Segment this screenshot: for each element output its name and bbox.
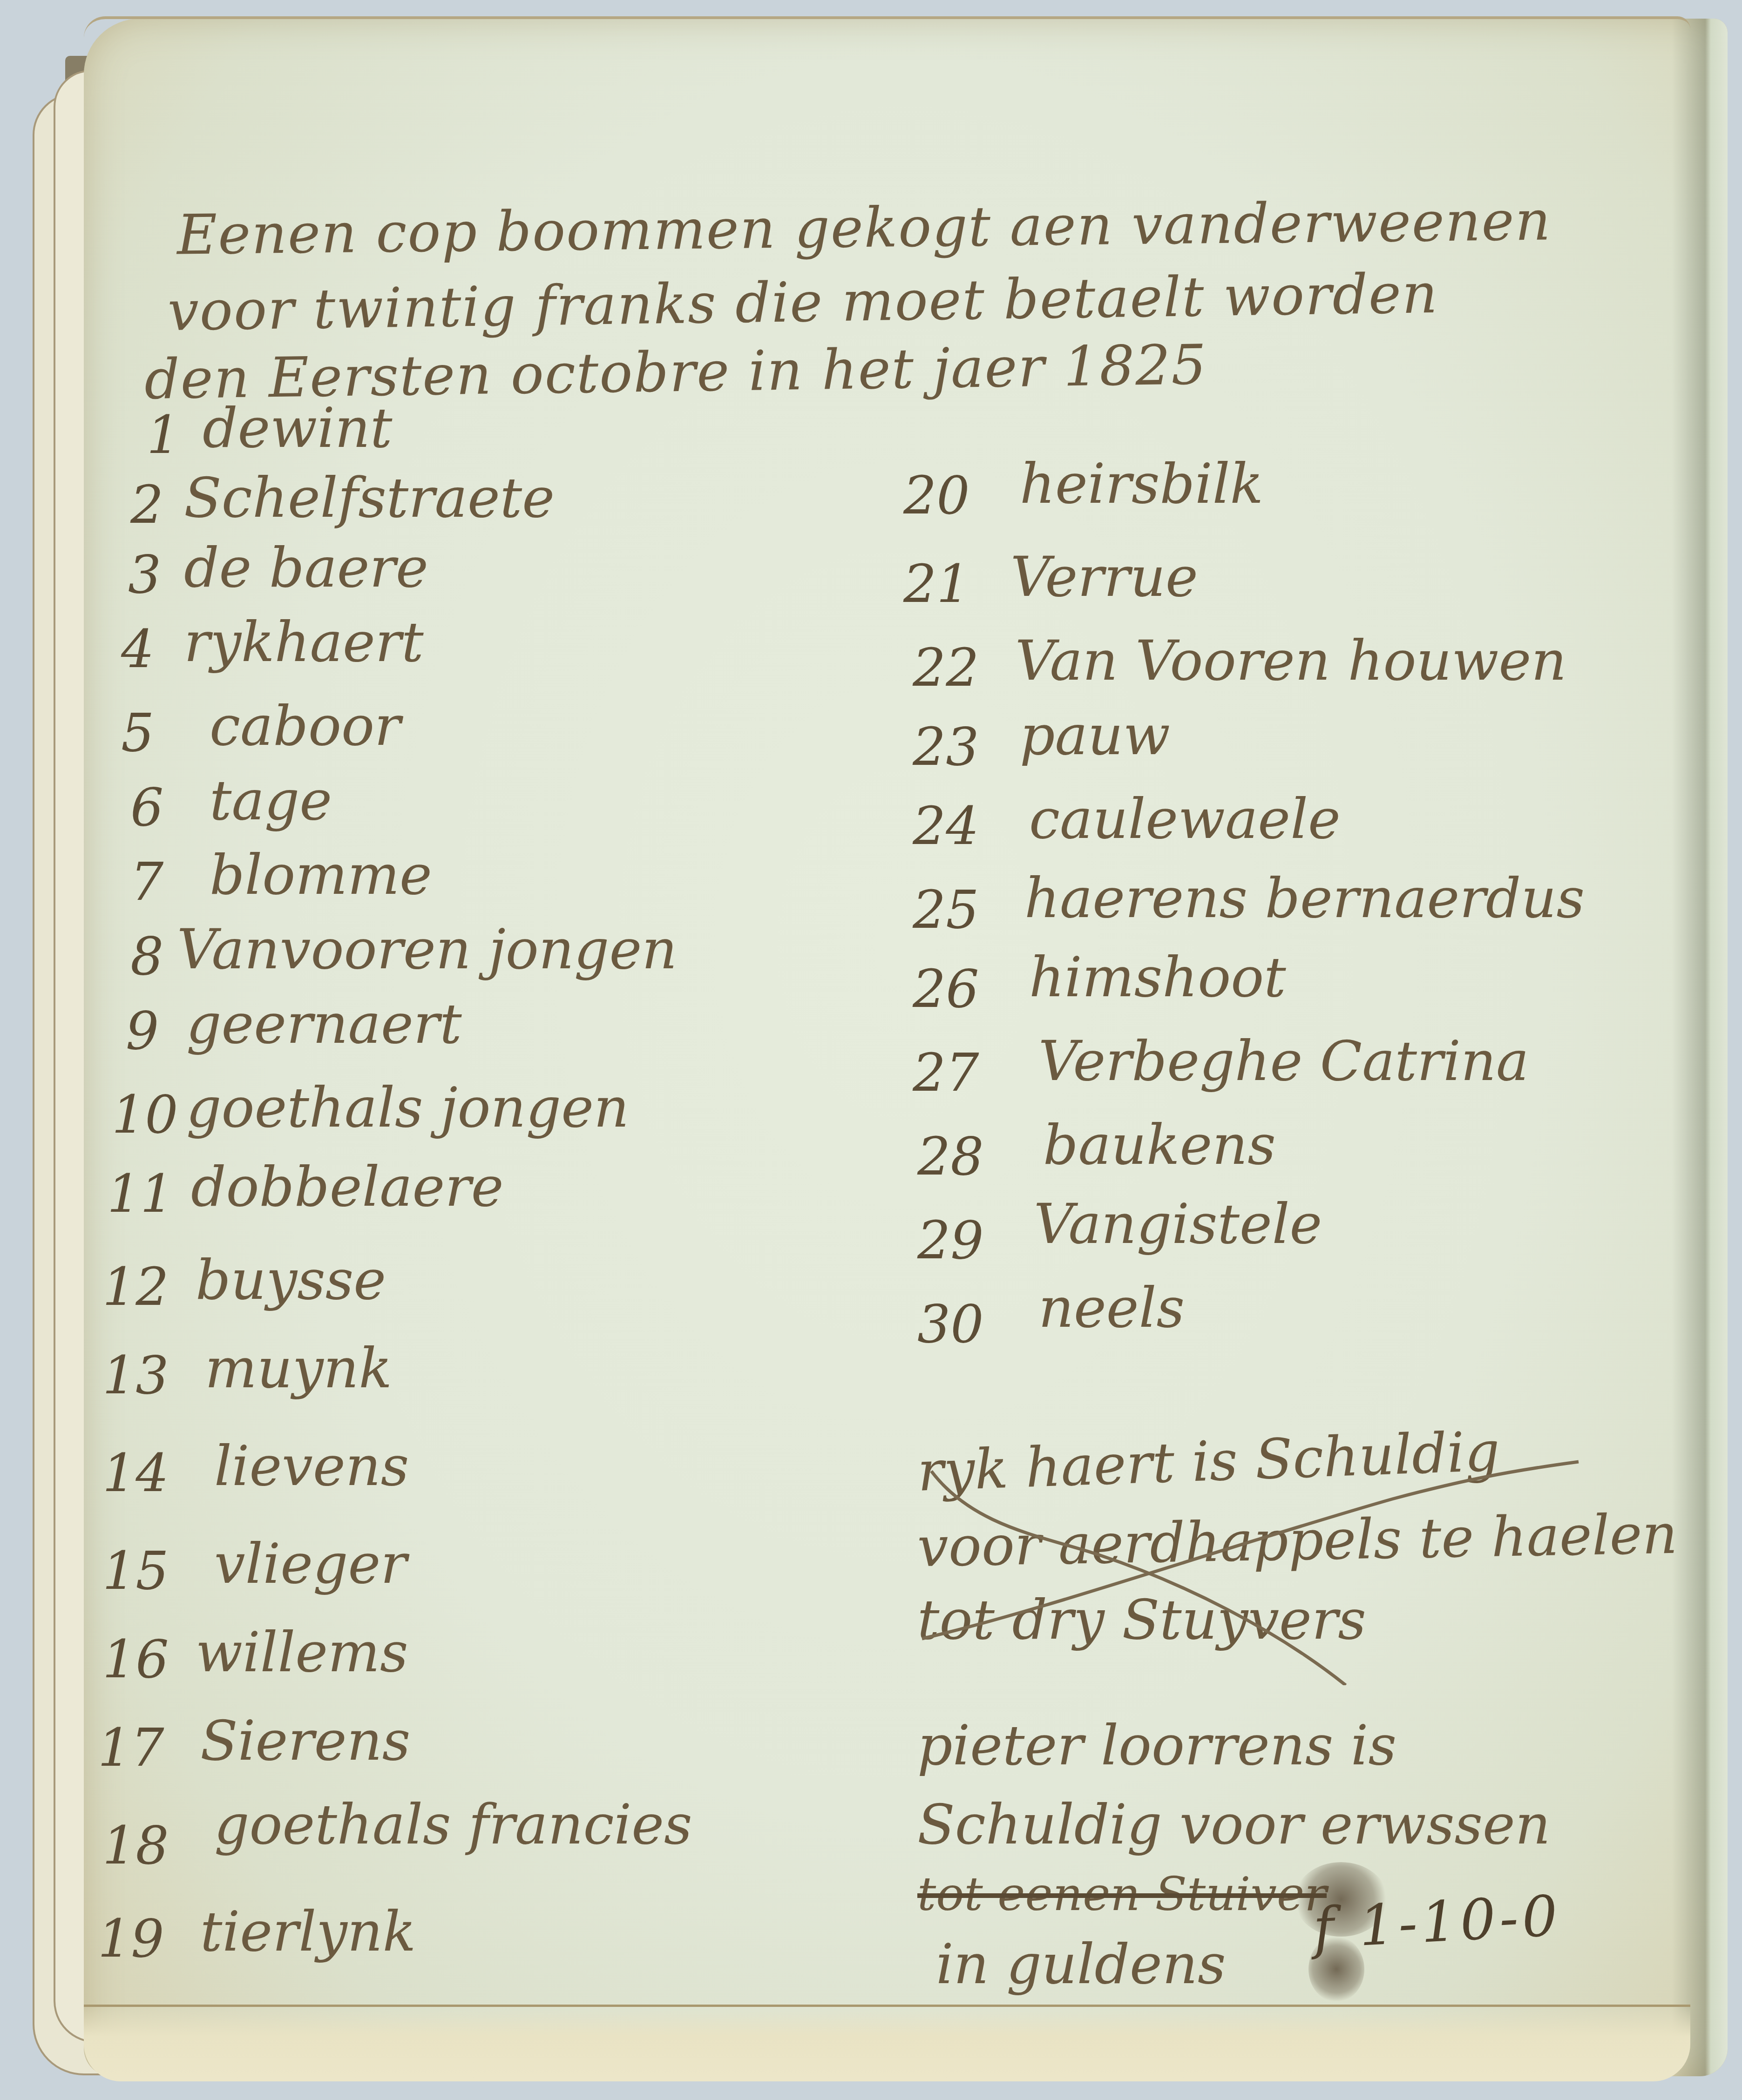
- entry-name: de baere: [184, 535, 428, 600]
- entry-name: Van Vooren houwen: [1015, 628, 1566, 693]
- entry-number: 16: [102, 1629, 169, 1690]
- page-bottom-edge: [84, 2005, 1690, 2081]
- ink-blot: [1295, 1862, 1388, 1937]
- book-gutter: [1672, 19, 1728, 2076]
- entry-number: 19: [98, 1909, 164, 1969]
- entry-name: Vanvooren jongen: [177, 917, 677, 981]
- entry-name: Vangistele: [1034, 1192, 1322, 1256]
- entry-name: heirsbilk: [1020, 452, 1263, 516]
- entry-name: Schelfstraete: [184, 466, 555, 530]
- entry-name: goethals jongen: [186, 1075, 629, 1140]
- note-line: in guldens: [936, 1932, 1226, 1996]
- entry-name: vlieger: [214, 1532, 407, 1596]
- entry-number: 7: [130, 852, 163, 912]
- manuscript-page: Eenen cop boommen gekogt aen vanderweene…: [84, 19, 1728, 2076]
- entry-number: 30: [917, 1294, 984, 1355]
- entry-number: 5: [121, 703, 154, 763]
- entry-number: 3: [128, 545, 161, 605]
- entry-name: Verrue: [1010, 545, 1198, 609]
- entry-number: 22: [913, 638, 979, 698]
- heading-line-2: voor twintig franks die moet betaelt wor…: [167, 261, 1438, 343]
- entry-number: 26: [913, 959, 979, 1020]
- entry-number: 9: [126, 1001, 159, 1061]
- entry-number: 25: [913, 880, 979, 940]
- note-line: pieter loorrens is: [917, 1713, 1396, 1777]
- entry-number: 2: [130, 475, 163, 535]
- entry-number: 10: [112, 1085, 178, 1145]
- entry-name: Verbeghe Catrina: [1038, 1029, 1529, 1093]
- entry-number: 11: [107, 1164, 174, 1224]
- entry-name: tage: [210, 768, 332, 832]
- entry-name: haerens bernaerdus: [1024, 866, 1585, 930]
- entry-number: 12: [102, 1257, 169, 1317]
- entry-number: 13: [102, 1345, 169, 1406]
- entry-name: dobbelaere: [191, 1155, 504, 1219]
- entry-number: 18: [102, 1816, 169, 1876]
- entry-number: 20: [903, 466, 970, 526]
- entry-name: baukens: [1043, 1113, 1276, 1177]
- entry-name: lievens: [214, 1434, 409, 1498]
- entry-name: geernaert: [186, 992, 462, 1056]
- entry-name: rykhaert: [184, 610, 424, 674]
- entry-number: 27: [913, 1043, 979, 1103]
- entry-number: 15: [102, 1541, 169, 1601]
- entry-number: 29: [917, 1210, 984, 1271]
- entry-number: 17: [98, 1718, 164, 1778]
- ink-blot: [1308, 1937, 1364, 2002]
- entry-name: himshoot: [1029, 945, 1286, 1009]
- entry-name: blomme: [210, 843, 432, 907]
- entry-number: 28: [917, 1127, 984, 1187]
- struck-note-line: tot eenen Stuiver: [917, 1867, 1327, 1921]
- entry-number: 6: [130, 777, 163, 838]
- entry-name: caulewaele: [1029, 787, 1341, 851]
- entry-name: pauw: [1020, 703, 1170, 767]
- entry-number: 4: [121, 619, 154, 680]
- entry-number: 21: [903, 554, 970, 614]
- entry-name: tierlynk: [200, 1899, 416, 1964]
- note-line: Schuldig voor erwssen: [917, 1792, 1551, 1857]
- entry-number: 24: [913, 796, 979, 857]
- entry-number: 23: [913, 717, 979, 777]
- cross-out-strokes: [903, 1443, 1602, 1685]
- entry-name: muynk: [205, 1336, 392, 1400]
- entry-number: 14: [102, 1443, 169, 1504]
- entry-name: dewint: [203, 396, 393, 460]
- entry-number: 1: [147, 405, 180, 466]
- entry-name: buysse: [196, 1248, 386, 1312]
- entry-name: caboor: [210, 694, 400, 758]
- heading-line-1: Eenen cop boommen gekogt aen vanderweene…: [176, 189, 1552, 267]
- page-top-edge: [84, 16, 1690, 38]
- entry-name: goethals francies: [214, 1792, 692, 1857]
- entry-number: 8: [130, 926, 163, 987]
- entry-name: willems: [196, 1620, 408, 1684]
- entry-name: Sierens: [200, 1708, 410, 1773]
- entry-name: neels: [1038, 1276, 1185, 1340]
